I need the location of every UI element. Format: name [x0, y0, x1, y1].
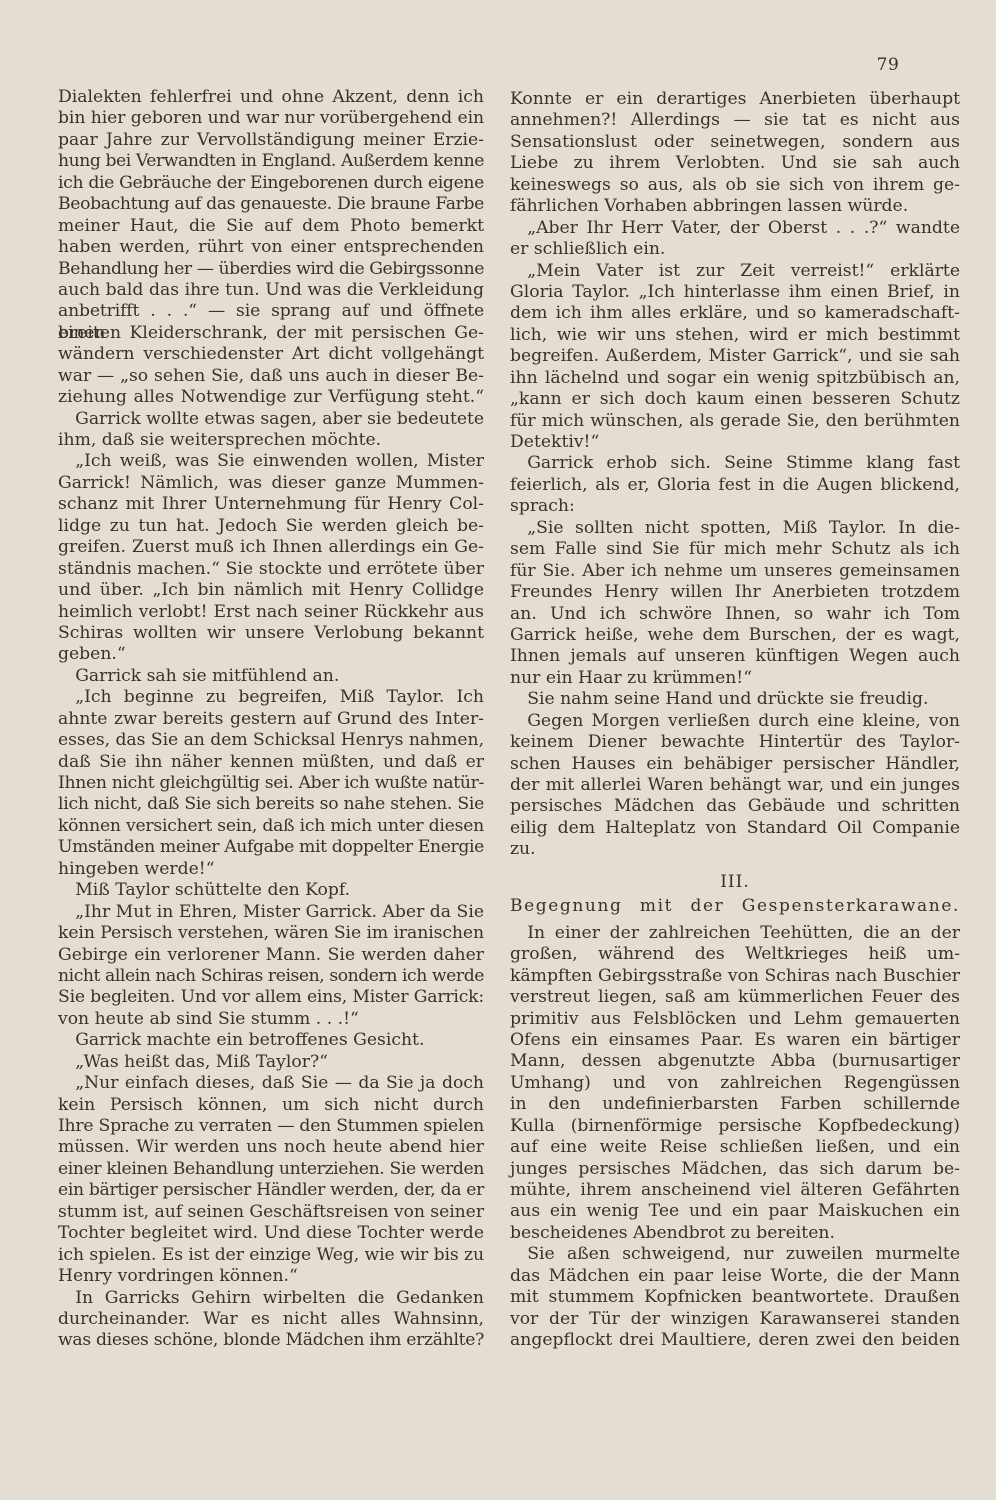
text-line: für mich wünschen, als gerade Sie, den b…	[510, 411, 960, 432]
text-line: persisches Mädchen das Gebäude und schri…	[510, 796, 960, 817]
text-line: durcheinander. War es nicht alles Wahnsi…	[58, 1309, 484, 1330]
text-line: Ihnen jemals auf unseren künftigen Wegen…	[510, 646, 960, 667]
text-line: junges persisches Mädchen, das sich daru…	[510, 1159, 960, 1180]
text-line: vor der Tür der winzigen Karawanserei st…	[510, 1309, 960, 1330]
text-line: zu.	[510, 839, 960, 860]
text-line: esses, das Sie an dem Schicksal Henrys n…	[58, 730, 484, 751]
text-line: war — „so sehen Sie, daß uns auch in die…	[58, 366, 484, 387]
text-line: daß Sie ihn näher kennen müßten, und daß…	[58, 752, 484, 773]
text-line: Garrick! Nämlich, was dieser ganze Mumme…	[58, 473, 484, 494]
text-line: einer kleinen Behandlung unterziehen. Si…	[58, 1159, 484, 1180]
text-line: ihm, daß sie weitersprechen möchte.	[58, 430, 484, 451]
text-line: Beobachtung auf das genaueste. Die braun…	[58, 194, 484, 215]
text-line: Sie aßen schweigend, nur zuweilen murmel…	[510, 1244, 960, 1265]
text-line: lich nicht, daß Sie sich bereits so nahe…	[58, 794, 484, 815]
text-line: nur ein Haar zu krümmen!“	[510, 668, 960, 689]
text-line: fährlichen Vorhaben abbringen lassen wür…	[510, 196, 960, 217]
text-line: ein bärtiger persischer Händler werden, …	[58, 1180, 484, 1201]
text-line: Schiras wollten wir unsere Verlobung bek…	[58, 623, 484, 644]
text-line: Detektiv!“	[510, 432, 960, 453]
text-line: heimlich verlobt! Erst nach seiner Rückk…	[58, 602, 484, 623]
text-line: ihn lächelnd und sogar ein wenig spitzbü…	[510, 368, 960, 389]
text-line: in den undefinierbarsten Farben schiller…	[510, 1094, 960, 1115]
text-line: wändern verschiedenster Art dicht vollge…	[58, 344, 484, 365]
text-line: breiten Kleiderschrank, der mit persisch…	[58, 323, 484, 344]
text-line: „Ich beginne zu begreifen, Miß Taylor. I…	[58, 687, 484, 708]
text-line: mühte, ihrem anscheinend viel älteren Ge…	[510, 1180, 960, 1201]
text-line: bin hier geboren und war nur vorübergehe…	[58, 108, 484, 129]
text-line: hingeben werde!“	[58, 859, 484, 880]
text-line: der mit allerlei Waren behängt war, und …	[510, 775, 960, 796]
text-line: Kulla (birnenförmige persische Kopfbedec…	[510, 1116, 960, 1137]
text-line: sem Falle sind Sie für mich mehr Schutz …	[510, 539, 960, 560]
text-line: „Ihr Mut in Ehren, Mister Garrick. Aber …	[58, 902, 484, 923]
text-line: In Garricks Gehirn wirbelten die Gedanke…	[58, 1288, 484, 1309]
text-line: Sie nahm seine Hand und drückte sie freu…	[510, 689, 960, 710]
text-line: Tochter begleitet wird. Und diese Tochte…	[58, 1223, 484, 1244]
text-line: das Mädchen ein paar leise Worte, die de…	[510, 1266, 960, 1287]
text-line: Gebirge ein verlorener Mann. Sie werden …	[58, 945, 484, 966]
text-line: Sie begleiten. Und vor allem eins, Miste…	[58, 987, 484, 1008]
text-line: ahnte zwar bereits gestern auf Grund des…	[58, 709, 484, 730]
text-line: Umhang) und von zahlreichen Regengüssen	[510, 1073, 960, 1094]
text-line: paar Jahre zur Vervollständigung meiner …	[58, 130, 484, 151]
text-line: primitiv aus Felsblöcken und Lehm gemaue…	[510, 1009, 960, 1030]
text-line: lich, wie wir uns stehen, wird er mich b…	[510, 325, 960, 346]
text-line: keineswegs so aus, als ob sie sich von i…	[510, 175, 960, 196]
left-column: Dialekten fehlerfrei und ohne Akzent, de…	[58, 87, 484, 1352]
text-line: keinem Diener bewachte Hintertür des Tay…	[510, 732, 960, 753]
text-line: Sensationslust oder seinetwegen, sondern…	[510, 132, 960, 153]
text-line: „kann er sich doch kaum einen besseren S…	[510, 389, 960, 410]
text-line: was dieses schöne, blonde Mädchen ihm er…	[58, 1330, 484, 1351]
text-line: an. Und ich schwöre Ihnen, so wahr ich T…	[510, 604, 960, 625]
text-line: müssen. Wir werden uns noch heute abend …	[58, 1137, 484, 1158]
text-line: verstreut liegen, saß am kümmerlichen Fe…	[510, 987, 960, 1008]
text-line: kein Persisch können, um sich nicht durc…	[58, 1095, 484, 1116]
text-line: ich spielen. Es ist der einzige Weg, wie…	[58, 1245, 484, 1266]
text-line: In einer der zahlreichen Teehütten, die …	[510, 923, 960, 944]
text-line: stumm ist, auf seinen Geschäftsreisen vo…	[58, 1202, 484, 1223]
text-line: Freundes Henry willen Ihr Anerbieten tro…	[510, 582, 960, 603]
text-line: großen, während des Weltkrieges heiß um-	[510, 944, 960, 965]
text-line: kämpften Gebirgsstraße von Schiras nach …	[510, 966, 960, 987]
text-line: hung bei Verwandten in England. Außerdem…	[58, 151, 484, 172]
text-line: auf eine weite Reise schließen ließen, u…	[510, 1137, 960, 1158]
text-line: nicht allein nach Schiras reisen, sonder…	[58, 966, 484, 987]
text-line: annehmen?! Allerdings — sie tat es nicht…	[510, 110, 960, 131]
right-column: Konnte er ein derartiges Anerbieten über…	[510, 89, 960, 1352]
text-line: aus ein wenig Tee und ein paar Maiskuche…	[510, 1201, 960, 1222]
text-line: schanz mit Ihrer Unternehmung für Henry …	[58, 494, 484, 515]
text-line: für Sie. Aber ich nehme um unseres gemei…	[510, 561, 960, 582]
text-line: und über. „Ich bin nämlich mit Henry Col…	[58, 580, 484, 601]
text-line: angepflockt drei Maultiere, deren zwei d…	[510, 1330, 960, 1351]
text-line: „Ich weiß, was Sie einwenden wollen, Mis…	[58, 451, 484, 472]
text-line: anbetrifft . . .“ — sie sprang auf und ö…	[58, 301, 484, 322]
text-line: Miß Taylor schüttelte den Kopf.	[58, 880, 484, 901]
text-line: auch bald das ihre tun. Und was die Verk…	[58, 280, 484, 301]
text-line: „Nur einfach dieses, daß Sie — da Sie ja…	[58, 1073, 484, 1094]
text-line: haben werden, rührt von einer entspreche…	[58, 237, 484, 258]
text-line: Mann, dessen abgenutzte Abba (burnusarti…	[510, 1051, 960, 1072]
text-line: geben.“	[58, 644, 484, 665]
text-line: mit stummem Kopfnicken beantwortete. Dra…	[510, 1287, 960, 1308]
text-line: begreifen. Außerdem, Mister Garrick“, un…	[510, 346, 960, 367]
text-line: Gegen Morgen verließen durch eine kleine…	[510, 711, 960, 732]
text-line: können versichert sein, daß ich mich unt…	[58, 816, 484, 837]
text-line: meiner Haut, die Sie auf dem Photo bemer…	[58, 216, 484, 237]
text-line: Konnte er ein derartiges Anerbieten über…	[510, 89, 960, 110]
section-number: III.	[510, 861, 960, 893]
page-number: 79	[868, 55, 908, 75]
text-line: Liebe zu ihrem Verlobten. Und sie sah au…	[510, 153, 960, 174]
right-column-text-after-section: In einer der zahlreichen Teehütten, die …	[510, 923, 960, 1352]
text-line: dem ich ihm alles erkläre, und so kamera…	[510, 303, 960, 324]
text-line: Garrick machte ein betroffenes Gesicht.	[58, 1030, 484, 1051]
text-line: „Aber Ihr Herr Vater, der Oberst . . .?“…	[510, 218, 960, 239]
text-line: Gloria Taylor. „Ich hinterlasse ihm eine…	[510, 282, 960, 303]
text-line: sprach:	[510, 496, 960, 517]
text-line: „Was heißt das, Miß Taylor?“	[58, 1052, 484, 1073]
text-line: kein Persisch verstehen, wären Sie im ir…	[58, 923, 484, 944]
text-line: Garrick sah sie mitfühlend an.	[58, 666, 484, 687]
text-line: Ihnen nicht gleichgültig sei. Aber ich w…	[58, 773, 484, 794]
text-line: Henry vordringen können.“	[58, 1266, 484, 1287]
text-line: Ihre Sprache zu verraten — den Stummen s…	[58, 1116, 484, 1137]
text-line: „Sie sollten nicht spotten, Miß Taylor. …	[510, 518, 960, 539]
text-line: Garrick heiße, wehe dem Burschen, der es…	[510, 625, 960, 646]
text-line: schen Hauses ein behäbiger persischer Hä…	[510, 754, 960, 775]
right-column-text-before-section: Konnte er ein derartiges Anerbieten über…	[510, 89, 960, 861]
text-line: eilig dem Halteplatz von Standard Oil Co…	[510, 818, 960, 839]
text-line: Garrick erhob sich. Seine Stimme klang f…	[510, 453, 960, 474]
section-title: Begegnung mit der Gespensterkarawane.	[510, 893, 960, 923]
text-line: Umständen meiner Aufgabe mit doppelter E…	[58, 837, 484, 858]
text-line: bescheidenes Abendbrot zu bereiten.	[510, 1223, 960, 1244]
text-line: lidge zu tun hat. Jedoch Sie werden glei…	[58, 516, 484, 537]
text-line: ich die Gebräuche der Eingeborenen durch…	[58, 173, 484, 194]
text-line: ständnis machen.“ Sie stockte und erröte…	[58, 559, 484, 580]
text-line: Behandlung her — überdies wird die Gebir…	[58, 259, 484, 280]
text-line: von heute ab sind Sie stumm . . .!“	[58, 1009, 484, 1030]
text-line: „Mein Vater ist zur Zeit verreist!“ erkl…	[510, 261, 960, 282]
text-line: Dialekten fehlerfrei und ohne Akzent, de…	[58, 87, 484, 108]
text-line: Garrick wollte etwas sagen, aber sie bed…	[58, 409, 484, 430]
text-line: er schließlich ein.	[510, 239, 960, 260]
text-line: ziehung alles Notwendige zur Verfügung s…	[58, 387, 484, 408]
text-line: greifen. Zuerst muß ich Ihnen allerdings…	[58, 537, 484, 558]
text-line: Ofens ein einsames Paar. Es waren ein bä…	[510, 1030, 960, 1051]
text-line: feierlich, als er, Gloria fest in die Au…	[510, 475, 960, 496]
